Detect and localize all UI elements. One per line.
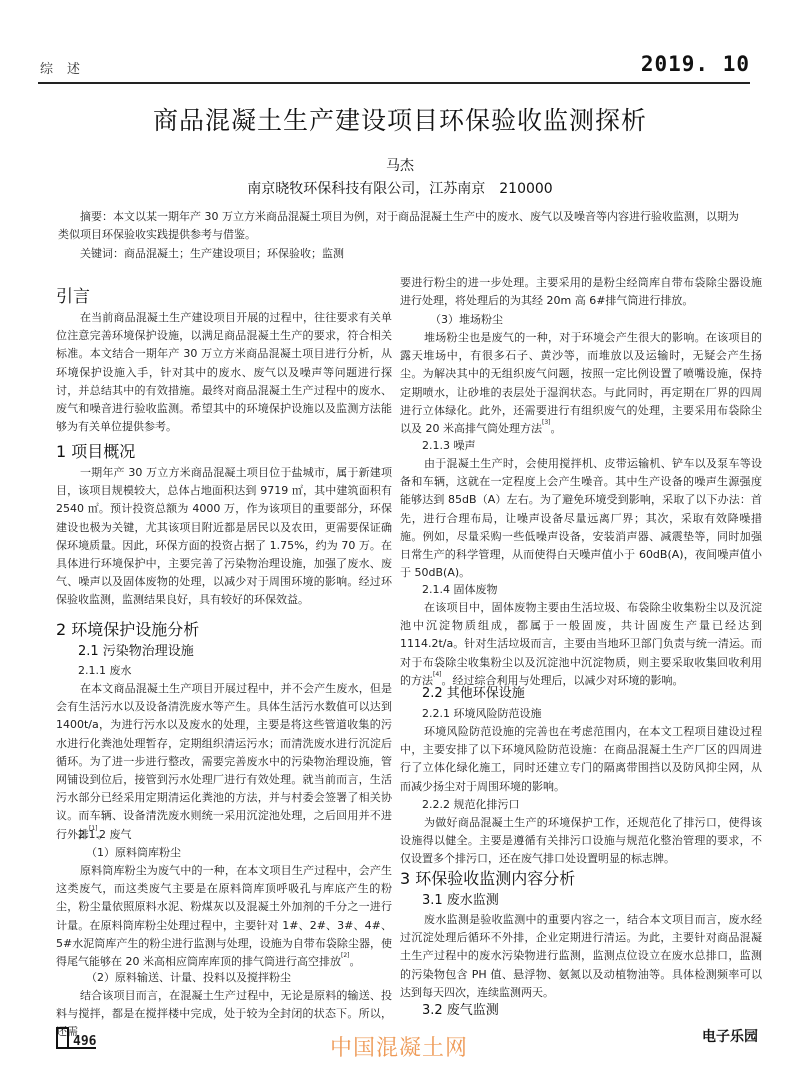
section-2-1-3-heading: 2.1.3 噪声 xyxy=(400,437,762,455)
section-2-1-heading: 2.1 污染物治理设施 xyxy=(56,643,392,661)
intro-heading: 引言 xyxy=(56,288,392,306)
section-2-heading: 2 环境保护设施分析 xyxy=(56,621,392,639)
subitem-1-paragraph: 原料筒库粉尘为废气中的一种，在本文项目生产过程中，会产生这类废气，而这类废气主要… xyxy=(56,862,392,971)
right-column: 要进行粉尘的进一步处理。主要采用的是粉尘经筒库自带布袋除尘器设施进行处理，将处理… xyxy=(400,0,762,1086)
page-number-rule xyxy=(56,1047,96,1049)
section-2-2-1-paragraph: 环境风险防范设施的完善也在考虑范围内，在本文工程项目建设过程中，主要安排了以下环… xyxy=(400,723,762,796)
section-2-2-1-heading: 2.2.1 环境风险防范设施 xyxy=(400,705,762,723)
section-2-1-4-paragraph: 在该项目中，固体废物主要由生活垃圾、布袋除尘收集粉尘以及沉淀池中沉淀物质组成，都… xyxy=(400,599,762,690)
section-2-2-2-paragraph: 为做好商品混凝土生产的环境保护工作，还规范化了排污口，使得该设施得以健全。主要是… xyxy=(400,814,762,869)
subitem-3-paragraph: 堆场粉尘也是废气的一种，对于环境会产生很大的影响。在该项目的露天堆场中，有很多石… xyxy=(400,329,762,438)
citation-4: [4] xyxy=(433,671,442,678)
section-3-1-paragraph: 废水监测是验收监测中的重要内容之一，结合本文项目而言，废水经过沉淀处理后循环不外… xyxy=(400,911,762,1002)
section-2-1-3-paragraph: 由于混凝土生产时，会使用搅拌机、皮带运输机、铲车以及泵车等设备和车辆，这就在一定… xyxy=(400,455,762,582)
subitem-2-heading: （2）原料输送、计量、投料以及搅拌粉尘 xyxy=(56,969,392,987)
subitem-3-heading: （3）堆场粉尘 xyxy=(400,311,762,329)
intro-paragraph: 在当前商品混凝土生产建设项目开展的过程中，往往要求有关单位注意完善环境保护设施，… xyxy=(56,309,392,436)
section-1-paragraph: 一期年产 30 万立方米商品混凝土项目位于盐城市，属于新建项目，该项目规模较大，… xyxy=(56,464,392,610)
section-3-1-heading: 3.1 废水监测 xyxy=(400,892,762,910)
left-column: 引言 在当前商品混凝土生产建设项目开展的过程中，往往要求有关单位注意完善环境保护… xyxy=(56,0,392,1086)
section-2-1-1-heading: 2.1.1 废水 xyxy=(56,662,392,680)
watermark: 中国混凝土网 xyxy=(330,1031,468,1062)
subitem-1-heading: （1）原料筒库粉尘 xyxy=(56,844,392,862)
section-3-heading: 3 环保验收监测内容分析 xyxy=(400,870,762,888)
section-3-2-heading: 3.2 废气监测 xyxy=(400,1002,762,1020)
section-2-2-2-heading: 2.2.2 规范化排污口 xyxy=(400,796,762,814)
citation-3: [3] xyxy=(542,419,551,426)
citation-2: [2] xyxy=(341,952,350,959)
journal-name: 电子乐园 xyxy=(702,1026,758,1046)
section-2-1-1-paragraph: 在本文商品混凝土生产项目开展过程中，并不会产生废水，但是会有生活污水以及设备清洗… xyxy=(56,680,392,844)
section-2-2-heading: 2.2 其他环保设施 xyxy=(400,685,762,703)
section-2-1-2-heading: 2.1.2 废气 xyxy=(56,826,392,844)
section-2-1-4-heading: 2.1.4 固体废物 xyxy=(400,581,762,599)
page-number: 496 xyxy=(56,1027,96,1049)
continued-paragraph: 要进行粉尘的进一步处理。主要采用的是粉尘经筒库自带布袋除尘器设施进行处理，将处理… xyxy=(400,274,762,310)
page-marker-icon xyxy=(56,1027,69,1049)
section-1-heading: 1 项目概况 xyxy=(56,443,392,461)
